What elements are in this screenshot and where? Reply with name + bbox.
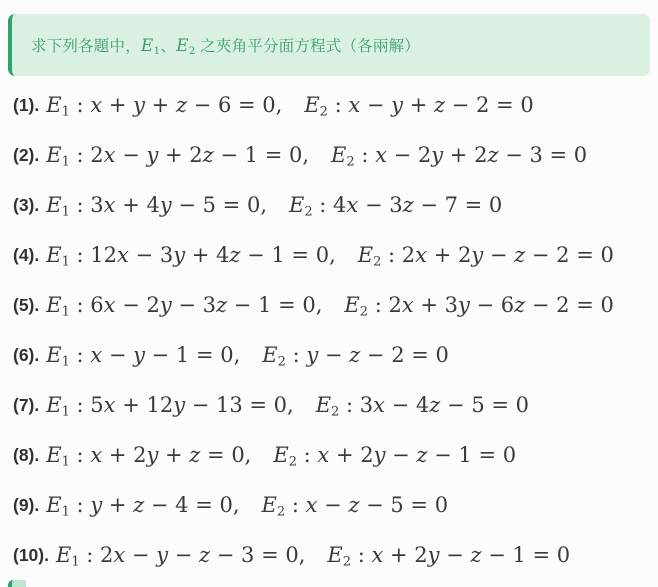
equation-e2: E2 : x + 2y − z − 1 = 0 bbox=[273, 443, 516, 467]
plane1-symbol: E1 bbox=[141, 36, 161, 56]
instruction-prefix: 求下列各題中， bbox=[31, 38, 141, 55]
problem-number: (6). bbox=[13, 345, 39, 366]
equation-e1: E1 : y + z − 4 = 0, bbox=[46, 493, 239, 517]
problem-row: (3).E1 : 3x + 4y − 5 = 0,E2 : 4x − 3z − … bbox=[0, 180, 658, 230]
problem-row: (9).E1 : y + z − 4 = 0,E2 : x − z − 5 = … bbox=[0, 480, 658, 530]
equation-e2: E2 : x + 2y − z − 1 = 0 bbox=[327, 543, 570, 567]
problem-number: (3). bbox=[13, 195, 39, 216]
equation-e1: E1 : 2x − y − z − 3 = 0, bbox=[56, 543, 305, 567]
instruction-suffix: 之夾角平分面方程式（各兩解） bbox=[196, 38, 420, 55]
equation-e2: E2 : y − z − 2 = 0 bbox=[262, 343, 449, 367]
equation-e2: E2 : 3x − 4z − 5 = 0 bbox=[316, 393, 529, 417]
worksheet-page: 求下列各題中，E1、E2 之夾角平分面方程式（各兩解） (1).E1 : x +… bbox=[0, 0, 658, 587]
problem-row: (5).E1 : 6x − 2y − 3z − 1 = 0,E2 : 2x + … bbox=[0, 280, 658, 330]
equation-e1: E1 : 6x − 2y − 3z − 1 = 0, bbox=[46, 293, 322, 317]
problem-number: (2). bbox=[13, 145, 39, 166]
equation-e1: E1 : x + y + z − 6 = 0, bbox=[46, 93, 282, 117]
problem-row: (10).E1 : 2x − y − z − 3 = 0,E2 : x + 2y… bbox=[0, 530, 658, 580]
next-callout-fragment bbox=[8, 580, 26, 587]
problem-number: (7). bbox=[13, 395, 39, 416]
equation-e1: E1 : 2x − y + 2z − 1 = 0, bbox=[46, 143, 309, 167]
problem-number: (10). bbox=[13, 545, 49, 566]
equation-e1: E1 : x + 2y + z = 0, bbox=[46, 443, 251, 467]
instruction-separator: 、 bbox=[160, 38, 176, 55]
problem-number: (8). bbox=[13, 445, 39, 466]
equation-e2: E2 : 2x + 3y − 6z − 2 = 0 bbox=[344, 293, 613, 317]
equation-e1: E1 : x − y − 1 = 0, bbox=[46, 343, 240, 367]
equation-e1: E1 : 12x − 3y + 4z − 1 = 0, bbox=[46, 243, 336, 267]
problem-number: (4). bbox=[13, 245, 39, 266]
problem-row: (6).E1 : x − y − 1 = 0,E2 : y − z − 2 = … bbox=[0, 330, 658, 380]
plane2-symbol: E2 bbox=[176, 36, 196, 56]
equation-e1: E1 : 3x + 4y − 5 = 0, bbox=[46, 193, 267, 217]
problem-row: (4).E1 : 12x − 3y + 4z − 1 = 0,E2 : 2x +… bbox=[0, 230, 658, 280]
equation-e1: E1 : 5x + 12y − 13 = 0, bbox=[46, 393, 293, 417]
problem-number: (9). bbox=[13, 495, 39, 516]
equation-e2: E2 : x − y + z − 2 = 0 bbox=[304, 93, 533, 117]
equation-e2: E2 : x − z − 5 = 0 bbox=[262, 493, 449, 517]
instruction-text: 求下列各題中，E1、E2 之夾角平分面方程式（各兩解） bbox=[31, 34, 420, 56]
equation-e2: E2 : x − 2y + 2z − 3 = 0 bbox=[331, 143, 587, 167]
problem-number: (5). bbox=[13, 295, 39, 316]
equation-e2: E2 : 2x + 2y − z − 2 = 0 bbox=[358, 243, 614, 267]
equation-e2: E2 : 4x − 3z − 7 = 0 bbox=[289, 193, 502, 217]
problem-row: (7).E1 : 5x + 12y − 13 = 0,E2 : 3x − 4z … bbox=[0, 380, 658, 430]
problem-row: (1).E1 : x + y + z − 6 = 0,E2 : x − y + … bbox=[0, 80, 658, 130]
problem-row: (8).E1 : x + 2y + z = 0,E2 : x + 2y − z … bbox=[0, 430, 658, 480]
problem-row: (2).E1 : 2x − y + 2z − 1 = 0,E2 : x − 2y… bbox=[0, 130, 658, 180]
problem-number: (1). bbox=[13, 95, 39, 116]
problem-list: (1).E1 : x + y + z − 6 = 0,E2 : x − y + … bbox=[0, 80, 658, 580]
instruction-callout: 求下列各題中，E1、E2 之夾角平分面方程式（各兩解） bbox=[8, 14, 650, 76]
